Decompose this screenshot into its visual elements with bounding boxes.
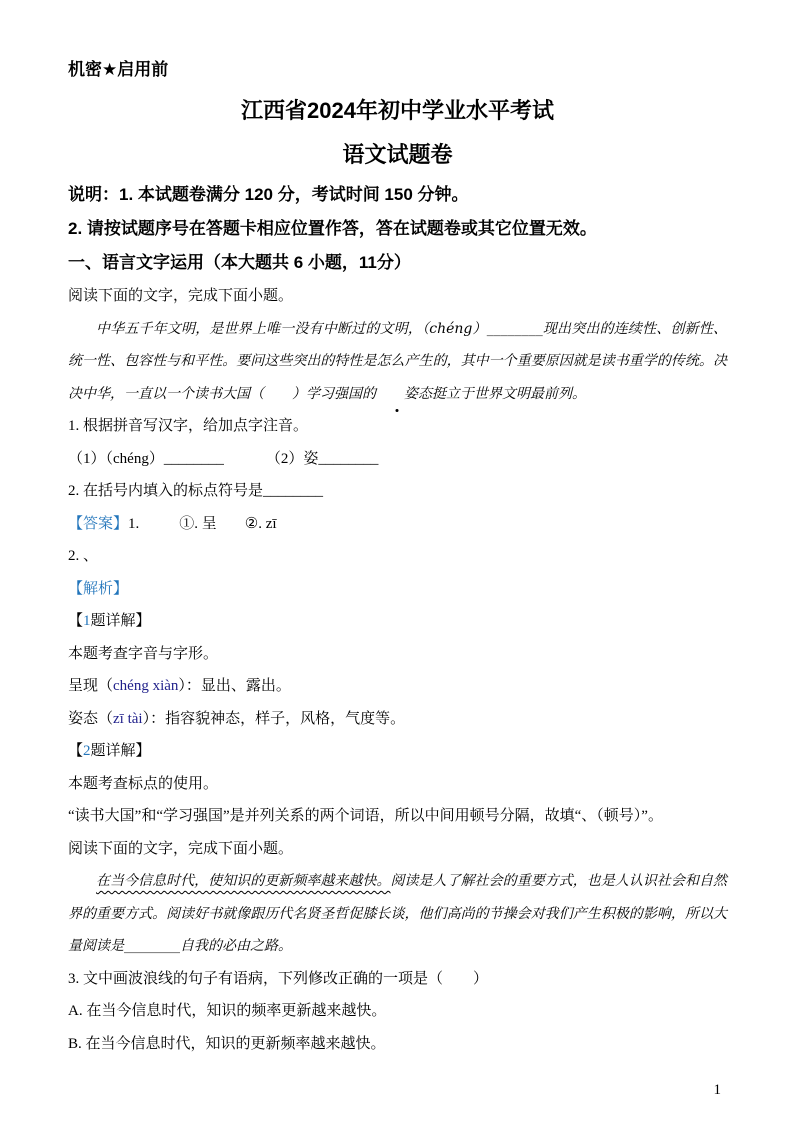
passage-2-fill-blank: ________	[124, 938, 180, 954]
question-1-item-2-label: （2）姿	[266, 451, 319, 467]
analysis-2-line-2: “读书大国”和“学习强国”是并列关系的两个词语，所以中间用顿号分隔，故填“、（顿…	[68, 800, 727, 833]
paper-subtitle: 语文试题卷	[68, 140, 727, 170]
question-1-answer-blanks: （1）（chéng）________（2）姿________	[68, 443, 727, 476]
passage-1: 中华五千年文明，是世界上唯一没有中断过的文明，（chéng）________现出…	[68, 313, 727, 411]
question-2-stem: 2. 在括号内填入的标点符号是________	[68, 475, 727, 508]
detail-2-number: 2	[83, 743, 91, 759]
analysis-1-line-3: 姿态（zī tài）：指容貌神态，样子，风格，气度等。	[68, 703, 727, 736]
passage-2: 在当今信息时代，使知识的更新频率越来越快。阅读是人了解社会的重要方式，也是人认识…	[68, 865, 727, 963]
instruction-line-1: 说明：1. 本试题卷满分 120 分，考试时间 150 分钟。	[68, 178, 727, 212]
analysis-1-word-2: 姿态（	[68, 711, 113, 727]
exam-instructions: 说明：1. 本试题卷满分 120 分，考试时间 150 分钟。 2. 请按试题序…	[68, 178, 727, 280]
analysis-1-word-1: 呈现（	[68, 678, 113, 694]
question-2-text: 2. 在括号内填入的标点符号是	[68, 483, 263, 499]
question-1-item-1-label: （1）（chéng）	[68, 451, 164, 467]
passage-1-emphasized-char: 姿	[376, 378, 418, 411]
confidential-marking: 机密★启用前	[68, 58, 727, 82]
exam-body: 阅读下面的文字，完成下面小题。 中华五千年文明，是世界上唯一没有中断过的文明，（…	[68, 280, 727, 1060]
exam-title: 江西省2024年初中学业水平考试	[68, 96, 727, 126]
question-1-item-2-blank: ________	[318, 451, 378, 467]
question-1-stem: 1. 根据拼音写汉字，给加点字注音。	[68, 410, 727, 443]
page-number: 1	[714, 1082, 722, 1099]
answer-line-2: 2. 、	[68, 540, 727, 573]
answer-q1-item-2: ②. zī	[245, 516, 277, 532]
answer-label: 【答案】	[68, 516, 128, 532]
passage-2-wavy-underlined-sentence: 在当今信息时代，使知识的更新频率越来越快。	[96, 873, 390, 889]
detail-1-bracket-open: 【	[68, 613, 83, 629]
answer-q1-item-1: ①. 呈	[179, 516, 217, 532]
question-2-blank: ________	[263, 483, 323, 499]
detail-2-bracket-close: 题详解】	[91, 743, 151, 759]
passage-1-text-before-blank: 中华五千年文明，是世界上唯一没有中断过的文明，（chéng）	[96, 321, 487, 337]
answer-line-1: 【答案】1.①. 呈②. zī	[68, 508, 727, 541]
detail-2-bracket-open: 【	[68, 743, 83, 759]
detail-1-number: 1	[83, 613, 91, 629]
analysis-1-line-2: 呈现（chéng xiàn）：显出、露出。	[68, 670, 727, 703]
reading-intro-1: 阅读下面的文字，完成下面小题。	[68, 280, 727, 313]
analysis-1-pinyin-1: chéng xiàn	[113, 678, 178, 694]
detail-header-1: 【1题详解】	[68, 605, 727, 638]
analysis-1-pinyin-2: zī tài	[113, 711, 143, 727]
analysis-1-definition-2: ）：指容貌神态，样子，风格，气度等。	[143, 711, 406, 727]
detail-header-2: 【2题详解】	[68, 735, 727, 768]
question-3-stem: 3. 文中画波浪线的句子有语病，下列修改正确的一项是（ ）	[68, 963, 727, 996]
detail-1-bracket-close: 题详解】	[91, 613, 151, 629]
exam-document-page: 机密★启用前 江西省2024年初中学业水平考试 语文试题卷 说明：1. 本试题卷…	[0, 0, 793, 1122]
passage-1-fill-blank: ________	[487, 321, 543, 337]
question-3-option-a: A. 在当今信息时代，知识的频率更新越来越快。	[68, 995, 727, 1028]
question-1-item-1-blank: ________	[164, 451, 224, 467]
reading-intro-2: 阅读下面的文字，完成下面小题。	[68, 833, 727, 866]
analysis-label: 【解析】	[68, 573, 727, 606]
analysis-1-definition-1: ）：显出、露出。	[178, 678, 291, 694]
instruction-line-2: 2. 请按试题序号在答题卡相应位置作答，答在试题卷或其它位置无效。	[68, 212, 727, 246]
answer-q1-number: 1.	[128, 516, 139, 532]
passage-2-text-after: 自我的必由之路。	[180, 938, 292, 954]
analysis-2-line-1: 本题考查标点的使用。	[68, 768, 727, 801]
section-heading-1: 一、语言文字运用（本大题共 6 小题，11分）	[68, 246, 727, 280]
question-3-option-b: B. 在当今信息时代，知识的更新频率越来越快。	[68, 1028, 727, 1061]
passage-1-text-after: 态挺立于世界文明最前列。	[418, 386, 586, 402]
analysis-1-line-1: 本题考查字音与字形。	[68, 638, 727, 671]
